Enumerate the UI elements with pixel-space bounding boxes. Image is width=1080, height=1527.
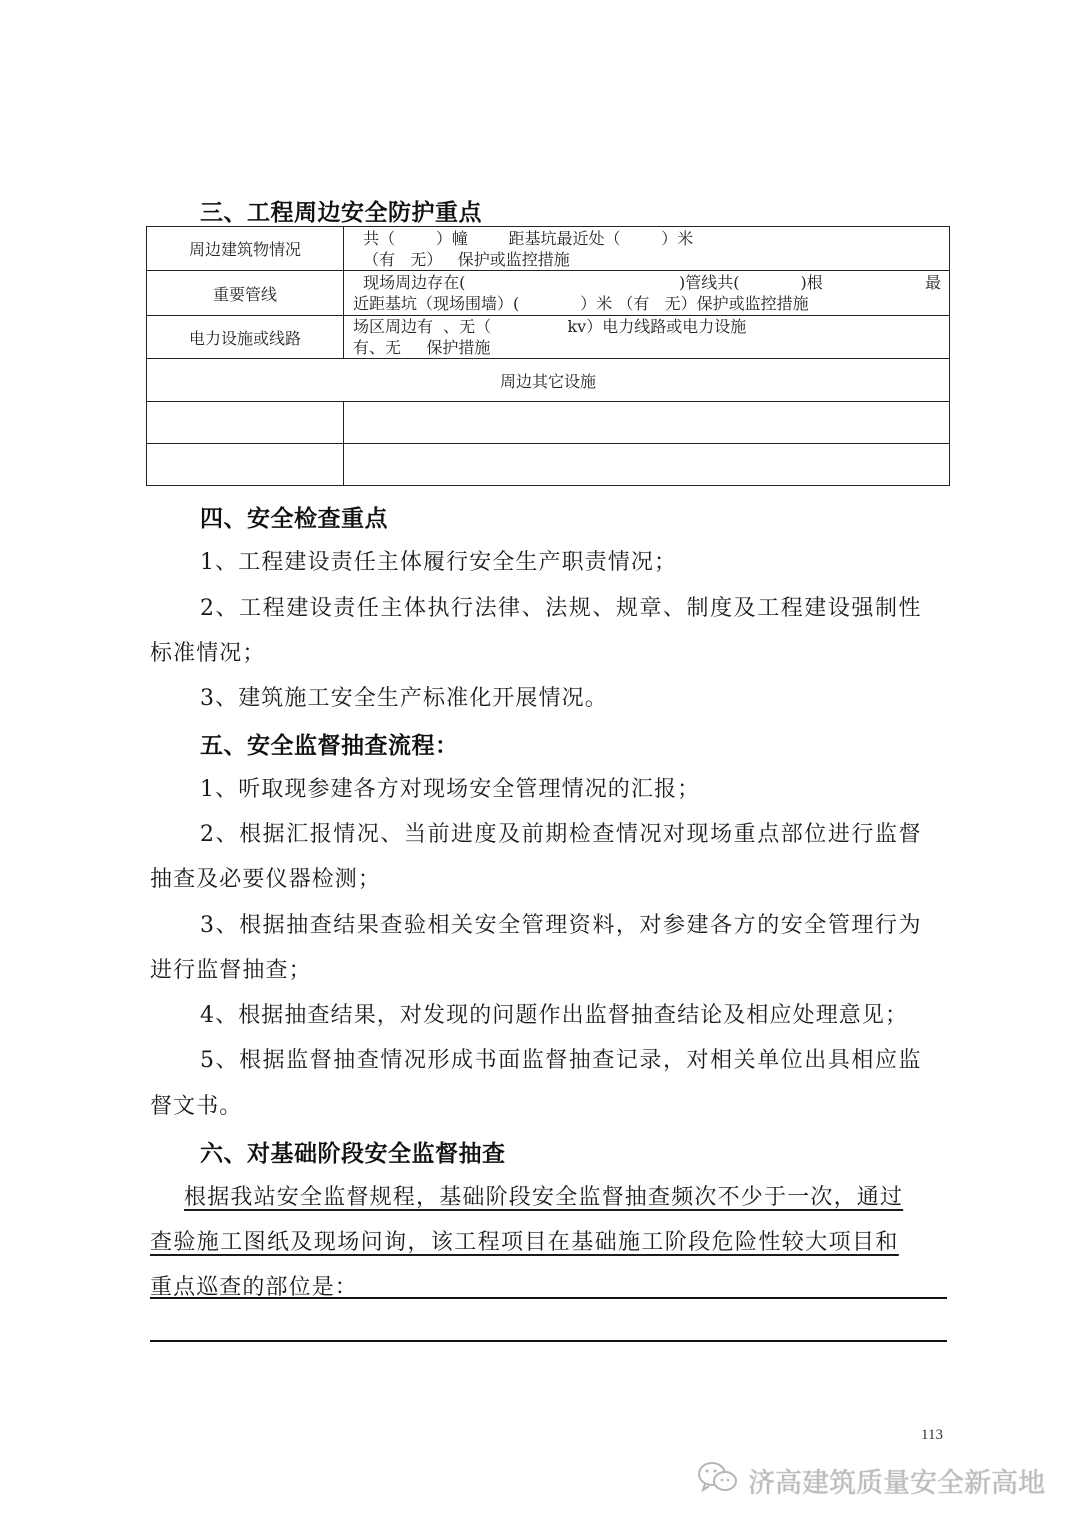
- row-label-power: 电力设施或线路: [147, 316, 344, 359]
- wechat-icon: [697, 1460, 741, 1496]
- list-item: 2、工程建设责任主体执行法律、法规、规章、制度及工程建设强制性: [200, 591, 922, 622]
- table-row: 周边建筑物情况 共（ ）幢 距基坑最近处（ ）米 （有 无） 保护或监控措施: [147, 227, 950, 271]
- list-item: 1、听取现参建各方对现场安全管理情况的汇报；: [200, 772, 700, 803]
- table-row: 重要管线 现场周边存在( )管线共( )根 最 近距基坑（现场围墙）( ）米 （…: [147, 271, 950, 316]
- answer-input[interactable]: [150, 1300, 947, 1338]
- list-item: 3、建筑施工安全生产标准化开展情况。: [200, 681, 608, 712]
- buildings-line-1: 共（ ）幢 距基坑最近处（ ）米: [353, 228, 949, 249]
- row-label-pipelines: 重要管线: [147, 271, 344, 316]
- list-item: 1、工程建设责任主体履行安全生产职责情况；: [200, 545, 677, 576]
- list-item: 4、根据抽查结果，对发现的问题作出监督抽查结论及相应处理意见；: [200, 998, 908, 1029]
- list-item-continuation: 进行监督抽查；: [150, 953, 312, 984]
- blank-cell-left[interactable]: [147, 402, 344, 444]
- pipelines-field[interactable]: 现场周边存在( )管线共( )根 最 近距基坑（现场围墙）( ）米 （有 无）保…: [344, 271, 950, 316]
- table-row: [147, 402, 950, 444]
- power-field[interactable]: 场区周边有 、无（ kv）电力线路或电力设施 有、无 保护措施: [344, 316, 950, 359]
- other-facilities-header: 周边其它设施: [147, 359, 950, 402]
- table-row: [147, 444, 950, 486]
- list-item-continuation: 抽查及必要仪器检测；: [150, 862, 381, 893]
- pipelines-line-1-text: 现场周边存在( )管线共( )根: [353, 272, 823, 293]
- list-item-continuation: 标准情况；: [150, 636, 266, 667]
- answer-underline-2: [150, 1340, 947, 1342]
- row-label-buildings: 周边建筑物情况: [147, 227, 344, 271]
- list-item: 5、根据监督抽查情况形成书面监督抽查记录，对相关单位出具相应监: [200, 1043, 922, 1074]
- section-6-heading: 六、对基础阶段安全监督抽查: [200, 1135, 506, 1168]
- section-3-heading: 三、工程周边安全防护重点: [200, 194, 482, 227]
- page-number: 113: [921, 1427, 943, 1444]
- section-5-heading: 五、安全监督抽查流程：: [200, 727, 459, 760]
- table-row: 周边其它设施: [147, 359, 950, 402]
- power-line-2: 有、无 保护措施: [353, 337, 949, 358]
- watermark-text: 济高建筑质量安全新高地: [748, 1461, 1045, 1500]
- table-row: 电力设施或线路 场区周边有 、无（ kv）电力线路或电力设施 有、无 保护措施: [147, 316, 950, 359]
- list-item: 2、根据汇报情况、当前进度及前期检查情况对现场重点部位进行监督: [200, 817, 922, 848]
- section-6-line-1: 根据我站安全监督规程，基础阶段安全监督抽查频次不少于一次，通过: [184, 1180, 903, 1211]
- section-6-line-2: 查验施工图纸及现场问询，该工程项目在基础施工阶段危险性较大项目和: [150, 1225, 899, 1256]
- blank-cell-right[interactable]: [344, 444, 950, 486]
- list-item-continuation: 督文书。: [150, 1089, 242, 1120]
- list-item: 3、根据抽查结果查验相关安全管理资料，对参建各方的安全管理行为: [200, 908, 922, 939]
- blank-cell-left[interactable]: [147, 444, 344, 486]
- pipelines-line-1-end: 最: [925, 272, 941, 293]
- surroundings-protection-table: 周边建筑物情况 共（ ）幢 距基坑最近处（ ）米 （有 无） 保护或监控措施 重…: [146, 226, 950, 486]
- answer-underline-1: [150, 1297, 947, 1299]
- section-4-heading: 四、安全检查重点: [200, 500, 388, 533]
- pipelines-line-2: 近距基坑（现场围墙）( ）米 （有 无）保护或监控措施: [353, 293, 949, 314]
- buildings-line-2: （有 无） 保护或监控措施: [353, 249, 949, 270]
- buildings-field[interactable]: 共（ ）幢 距基坑最近处（ ）米 （有 无） 保护或监控措施: [344, 227, 950, 271]
- power-line-1: 场区周边有 、无（ kv）电力线路或电力设施: [353, 316, 949, 337]
- pipelines-line-1: 现场周边存在( )管线共( )根 最: [353, 272, 949, 293]
- blank-cell-right[interactable]: [344, 402, 950, 444]
